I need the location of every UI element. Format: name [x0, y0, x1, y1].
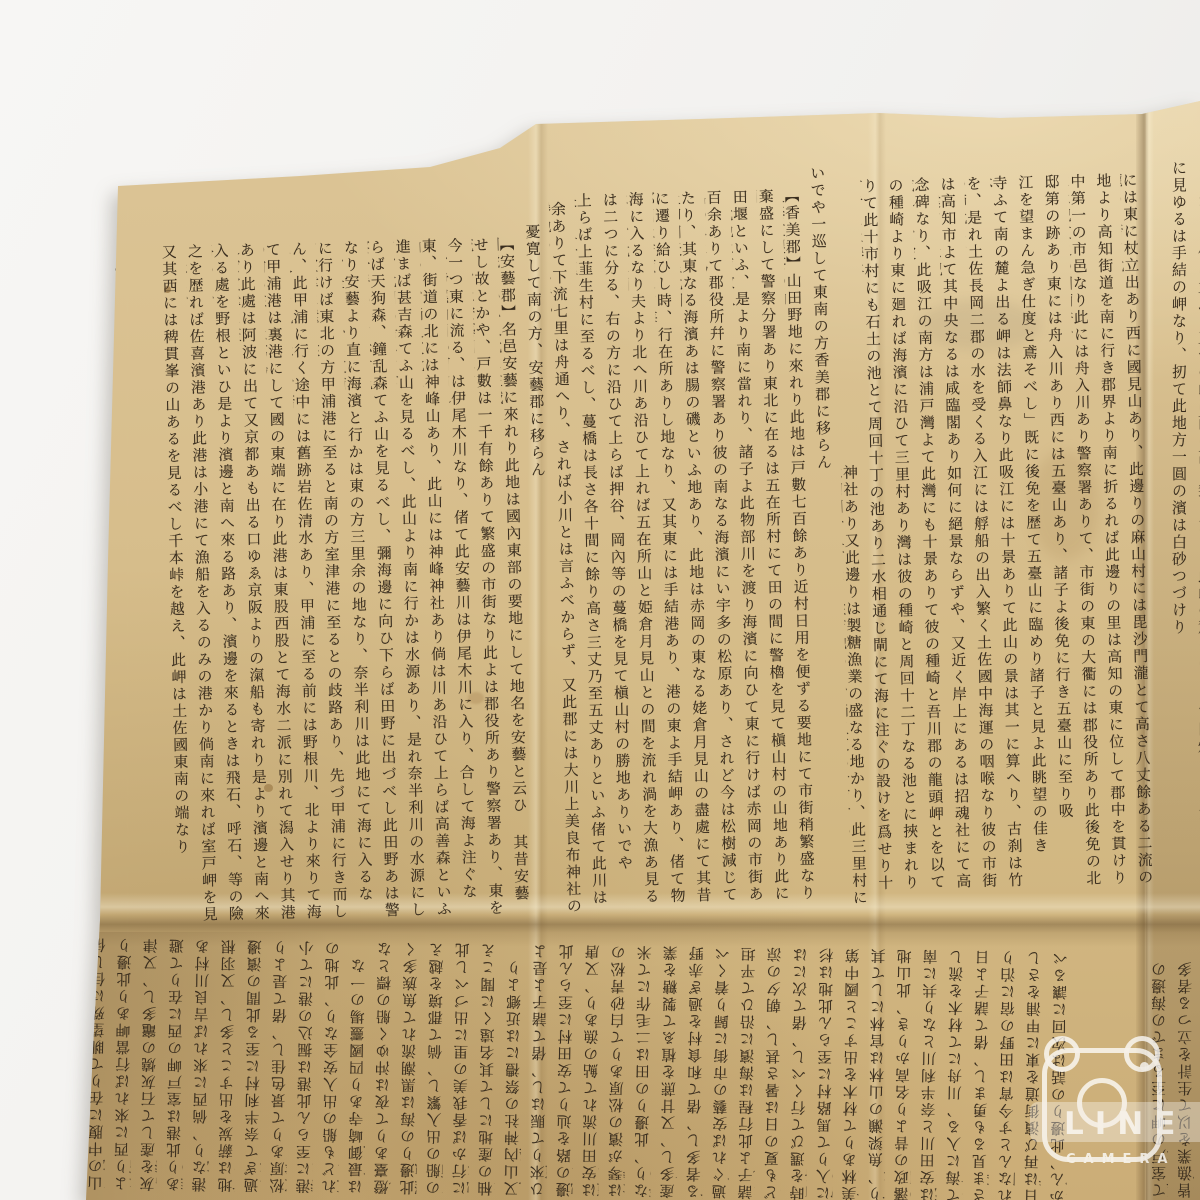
- watermark-shutter-dot-icon: [1140, 1062, 1149, 1071]
- watermark-sub-text: CAMERA: [1066, 1152, 1176, 1167]
- text-column: は最御崎寺あり四國靈場の一なり、又: [348, 932, 368, 1194]
- text-column: は安田川と奈半利川となり共に南流し: [920, 940, 940, 1200]
- text-column: より西に來れば行當岬あり此邊りは石: [114, 929, 134, 1191]
- right-strip-text-upper: ろ、なり、俗に並ぶる三つの山は西に高く聳えたり、此山の麓をめぐりて田畑ひらけたり…: [1152, 150, 1200, 900]
- vertical-text-columns-top: には東に杖立出あり西に國見山あり、此邊りの麻山村には毘沙門瀧とて高さ八丈餘ある二…: [118, 158, 1153, 925]
- watermark-brand-text: LINE: [1064, 1106, 1186, 1142]
- text-column: に入りて馬路村に至らん此地は杉檜の: [816, 939, 836, 1200]
- text-column: 過ぎて奈半利村に至る此間の濱邊には: [244, 931, 264, 1193]
- text-column: 灰を產して石灰燒の竈多し、又津呂港: [140, 929, 160, 1191]
- text-column: 柚の產地にして其名遠くに聞こえたり: [478, 934, 498, 1196]
- text-column: 此邊りの海は黑潮流れて魚族多く鰹漁: [400, 933, 420, 1195]
- text-column: に行かば香我美の里に出づべし此地は: [452, 934, 472, 1196]
- lower-text-block-upside-down: 山の中腹に在りて眺望殊に佳し偖て此より西に來れば行當岬あり此邊りは石灰を產して石…: [88, 929, 1140, 1200]
- text-column: 過ぐれば安藝の市街に歸り着くべし、: [712, 937, 732, 1199]
- text-column: 時を選びて行くべし、偖て次には山路: [790, 938, 810, 1200]
- vertical-text-columns-bottom: 山の中腹に在りて眺望殊に佳し偖て此より西に來れば行當岬あり此邊りは石灰を產して石…: [88, 929, 1140, 1200]
- text-column: り、魚梁瀨の山林は官林にして其材は: [868, 940, 888, 1200]
- text-column: なり、此邊りの田は二毛作にて米麥の: [634, 936, 654, 1198]
- text-column: れなんとす今宵は田野の宿に泊りて明: [998, 941, 1018, 1200]
- upper-text-block: には東に杖立出あり西に國見山あり、此邊りの麻山村には毘沙門瀧とて高さ八丈餘ある二…: [118, 158, 1153, 925]
- text-column: 港に至らん此港は掘込の港にて小港な: [296, 932, 316, 1194]
- text-column: 產多し、又甘蔗を植ゑて製糖を業とす: [660, 937, 680, 1199]
- line-camera-watermark: LINE CAMERA: [1028, 1034, 1200, 1200]
- vertical-text-columns-strip-top: ろ、なり、俗に並ぶる三つの山は西に高く聳えたり、此山の麓をめぐりて田畑ひらけたり…: [1152, 150, 1200, 900]
- text-column: さま見るも勇まし、偖て諸子よ日も暮: [972, 941, 992, 1200]
- text-column: 美林ありて材木を出すこと國中第一な: [842, 939, 862, 1200]
- text-column: 山の中腹に在りて眺望殊に佳し偖て此: [88, 929, 108, 1191]
- paper-shadow: には東に杖立出あり西に國見山あり、此邊りの麻山村には毘沙門瀧とて高さ八丈餘ある二…: [0, 0, 1200, 1200]
- document-paper: には東に杖立出あり西に國見山あり、此邊りの麻山村には毘沙門瀧とて高さ八丈餘ある二…: [0, 0, 1200, 1200]
- text-column: 松原ありて景色佳し、偖て是より室津: [270, 931, 290, 1193]
- text-column: 諸子よ此行程は海濱に沿ひて平坦なれ: [738, 938, 758, 1200]
- text-column: の船の出入繁し、倘て郡境を越えて西: [426, 933, 446, 1195]
- text-column: れども船の出入安全なり、此地の東に: [322, 932, 342, 1194]
- text-column: ろ、なり、俗に並ぶる三つの山は西に高く聳えたり、此山の麓をめぐりて田畑ひらけたり: [1196, 150, 1200, 900]
- text-column: ども夏の日は暑さ甚し、朝夕の涼しき: [764, 938, 784, 1200]
- text-column: は安田川流れて鮎の漁あり、又唐濱に: [582, 936, 602, 1198]
- text-column: ひ來りて賑はし、偖て諸子よ是より濱: [530, 935, 550, 1197]
- text-column: て海に入る、川舟にて材木を流し下す: [946, 941, 966, 1200]
- text-column: 燈臺ありて夜は沖ゆく船の標となれり: [374, 933, 394, 1195]
- text-column: 藩政の昔より名高かりき、此山地の川: [894, 940, 914, 1200]
- text-column: る者多し、偖て和食村を過ぎ赤野村を: [686, 937, 706, 1199]
- text-column: 港なり、倘西に來れば吉良川村あり此: [192, 930, 212, 1192]
- text-column: あり此港は室戸岬の西に在りて避難の: [166, 930, 186, 1192]
- text-column: 邊の路を辿りて安田村に至らん此地に: [556, 935, 576, 1197]
- text-column: は琴が濱の松原ありて白砂靑松の景勝: [608, 936, 628, 1198]
- text-column: 地は薪炭を出すこと多し、又羽根村を: [218, 931, 238, 1193]
- text-column: 又山內神社の祭禮には近鄕より人々集: [504, 935, 524, 1197]
- text-column: に見ゆるは手結の岬なり、扨て此地方一圓の濱は白砂つづけり: [1170, 150, 1186, 900]
- photograph: には東に杖立出あり西に國見山あり、此邊りの麻山村には毘沙門瀧とて高さ八丈餘ある二…: [0, 0, 1200, 1200]
